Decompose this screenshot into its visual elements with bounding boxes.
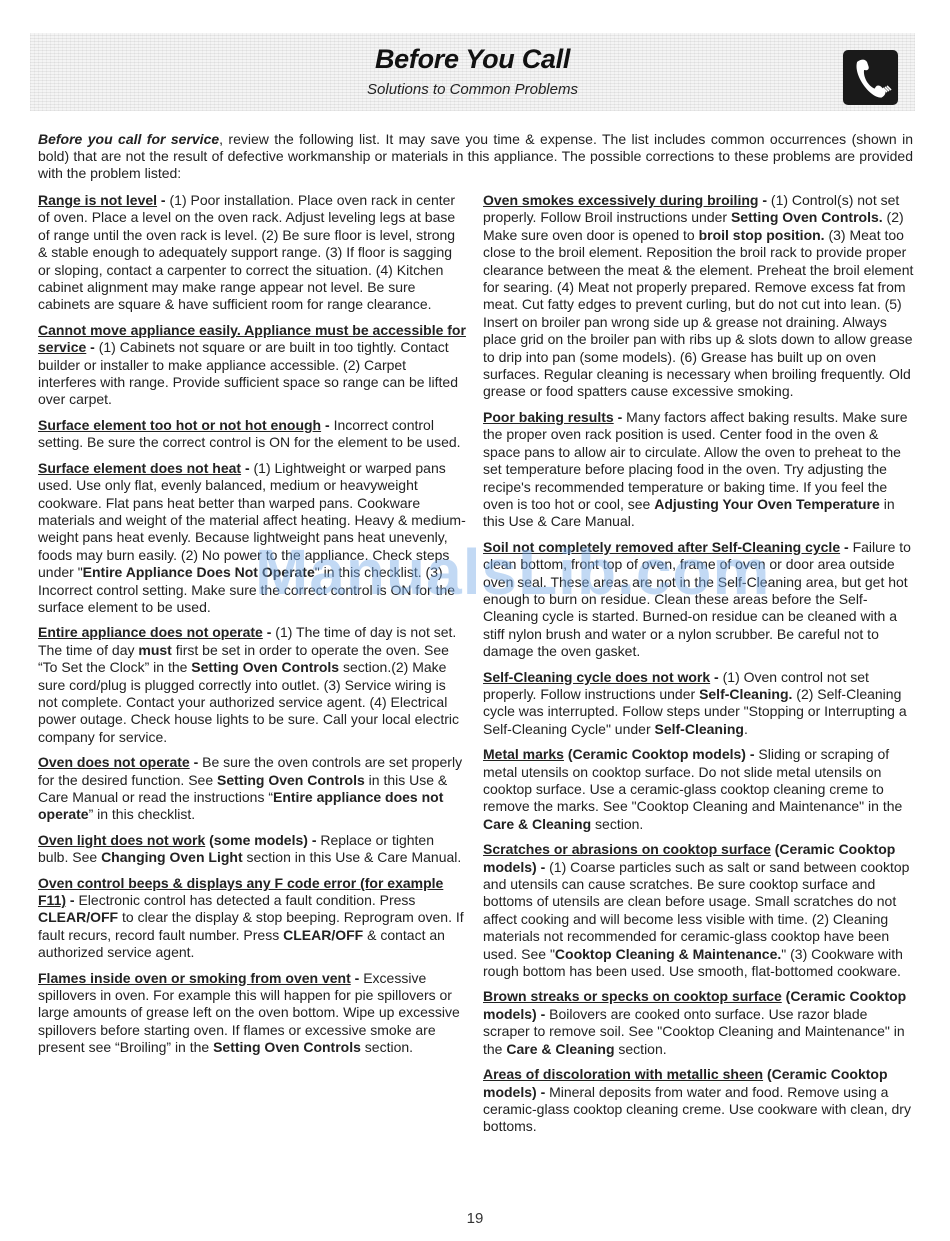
problem-heading: Oven light does not work: [38, 832, 205, 848]
troubleshooting-entry: Scratches or abrasions on cooktop surfac…: [483, 841, 915, 980]
emphasis-text: -: [263, 624, 275, 640]
emphasis-text: broil stop position.: [699, 227, 825, 243]
solution-text: (3) Meat too close to the broil element.…: [483, 227, 913, 400]
emphasis-text: (some models) -: [205, 832, 320, 848]
troubleshooting-entry: Range is not level - (1) Poor installati…: [38, 192, 466, 314]
troubleshooting-entry: Poor baking results - Many factors affec…: [483, 409, 915, 531]
emphasis-text: Care & Cleaning: [483, 816, 591, 832]
solution-text: (1) Lightweight or warped pans used. Use…: [38, 460, 466, 580]
troubleshooting-entry: Entire appliance does not operate - (1) …: [38, 624, 466, 746]
problem-heading: Poor baking results: [483, 409, 614, 425]
emphasis-text: Setting Oven Controls: [217, 772, 365, 788]
troubleshooting-entry: Brown streaks or specks on cooktop surfa…: [483, 988, 915, 1058]
emphasis-text: CLEAR/OFF: [283, 927, 363, 943]
problem-heading: Surface element does not heat: [38, 460, 241, 476]
solution-text: section.: [591, 816, 643, 832]
emphasis-text: -: [66, 892, 78, 908]
page-number: 19: [0, 1210, 950, 1227]
solution-text: (1) Cabinets not square or are built in …: [38, 339, 458, 407]
header-banner: Before You Call Solutions to Common Prob…: [30, 33, 915, 111]
troubleshooting-entry: Surface element does not heat - (1) Ligh…: [38, 460, 466, 617]
troubleshooting-entry: Oven light does not work (some models) -…: [38, 832, 466, 867]
solution-text: section.: [361, 1039, 413, 1055]
problem-heading: Self-Cleaning cycle does not work: [483, 669, 710, 685]
intro-paragraph: Before you call for service, review the …: [38, 131, 913, 183]
troubleshooting-entry: Areas of discoloration with metallic she…: [483, 1066, 915, 1136]
troubleshooting-entry: Soil not completely removed after Self-C…: [483, 539, 915, 661]
troubleshooting-entry: Flames inside oven or smoking from oven …: [38, 970, 466, 1057]
emphasis-text: -: [840, 539, 852, 555]
emphasis-text: -: [190, 754, 202, 770]
emphasis-text: -: [351, 970, 363, 986]
troubleshooting-entry: Cannot move appliance easily. Appliance …: [38, 322, 466, 409]
emphasis-text: CLEAR/OFF: [38, 909, 118, 925]
intro-lead: Before you call for service: [38, 131, 219, 147]
problem-heading: Oven does not operate: [38, 754, 190, 770]
emphasis-text: Care & Cleaning: [506, 1041, 614, 1057]
left-column: Range is not level - (1) Poor installati…: [38, 192, 466, 1065]
problem-heading: Brown streaks or specks on cooktop surfa…: [483, 988, 782, 1004]
emphasis-text: Entire Appliance Does Not Operate: [83, 564, 315, 580]
emphasis-text: (Ceramic Cooktop models) -: [564, 746, 758, 762]
emphasis-text: Changing Oven Light: [101, 849, 243, 865]
troubleshooting-entry: Surface element too hot or not hot enoug…: [38, 417, 466, 452]
emphasis-text: -: [241, 460, 253, 476]
emphasis-text: -: [614, 409, 626, 425]
problem-heading: Surface element too hot or not hot enoug…: [38, 417, 321, 433]
problem-heading: Entire appliance does not operate: [38, 624, 263, 640]
solution-text: .: [744, 721, 748, 737]
solution-text: Electronic control has detected a fault …: [78, 892, 415, 908]
emphasis-text: Cooktop Cleaning & Maintenance.: [555, 946, 781, 962]
solution-text: ” in this checklist.: [89, 806, 196, 822]
solution-text: (1) Poor installation. Place oven rack i…: [38, 192, 455, 312]
emphasis-text: -: [321, 417, 333, 433]
solution-text: Failure to clean bottom, front top of ov…: [483, 539, 911, 659]
troubleshooting-entry: Oven control beeps & displays any F code…: [38, 875, 466, 962]
solution-text: section.: [615, 1041, 667, 1057]
telephone-handset-icon: [843, 50, 898, 105]
problem-heading: Scratches or abrasions on cooktop surfac…: [483, 841, 771, 857]
emphasis-text: Adjusting Your Oven Temperature: [654, 496, 880, 512]
emphasis-text: Setting Oven Controls.: [731, 209, 883, 225]
problem-heading: Metal marks: [483, 746, 564, 762]
emphasis-text: -: [758, 192, 770, 208]
emphasis-text: Setting Oven Controls: [213, 1039, 361, 1055]
page-title: Before You Call: [30, 44, 915, 75]
problem-heading: Range is not level: [38, 192, 157, 208]
problem-heading: Flames inside oven or smoking from oven …: [38, 970, 351, 986]
solution-text: section in this Use & Care Manual.: [243, 849, 462, 865]
troubleshooting-entry: Oven does not operate - Be sure the oven…: [38, 754, 466, 824]
emphasis-text: -: [710, 669, 722, 685]
troubleshooting-entry: Self-Cleaning cycle does not work - (1) …: [483, 669, 915, 739]
right-column: Oven smokes excessively during broiling …: [483, 192, 915, 1144]
emphasis-text: Setting Oven Controls: [191, 659, 339, 675]
emphasis-text: must: [138, 642, 171, 658]
troubleshooting-entry: Oven smokes excessively during broiling …: [483, 192, 915, 401]
troubleshooting-entry: Metal marks (Ceramic Cooktop models) - S…: [483, 746, 915, 833]
emphasis-text: Self-Cleaning.: [699, 686, 792, 702]
problem-heading: Areas of discoloration with metallic she…: [483, 1066, 763, 1082]
emphasis-text: -: [86, 339, 98, 355]
emphasis-text: -: [157, 192, 169, 208]
emphasis-text: Self-Cleaning: [655, 721, 744, 737]
problem-heading: Soil not completely removed after Self-C…: [483, 539, 840, 555]
problem-heading: Oven smokes excessively during broiling: [483, 192, 758, 208]
page-subtitle: Solutions to Common Problems: [30, 81, 915, 98]
